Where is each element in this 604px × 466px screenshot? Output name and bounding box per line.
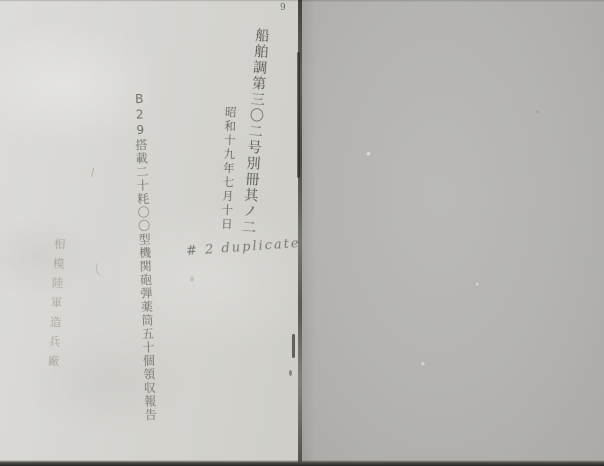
scan-bottom-edge bbox=[0, 460, 604, 466]
scanned-document: 9 船舶調第三〇二号別冊其ノ二 昭和十九年七月十日 B29搭載二十粍〇〇型機関砲… bbox=[0, 0, 604, 466]
right-page bbox=[302, 0, 604, 466]
stitch-dot bbox=[289, 370, 292, 376]
binding-dark-segment bbox=[297, 52, 300, 178]
stitch-mark bbox=[292, 334, 295, 358]
scan-top-edge bbox=[0, 0, 604, 2]
paper-smudge bbox=[190, 276, 194, 282]
page-number: 9 bbox=[280, 3, 286, 13]
